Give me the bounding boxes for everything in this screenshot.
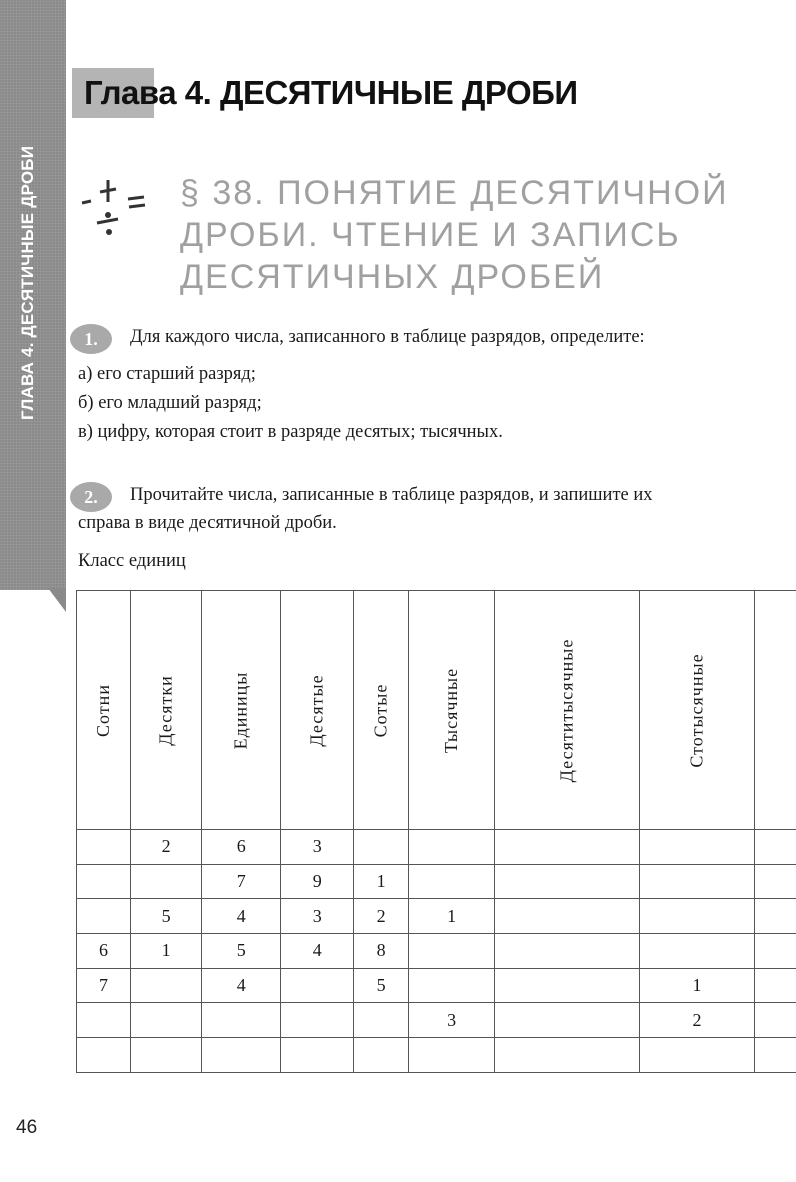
- table-row: 7451704,05001: [77, 968, 796, 1003]
- digit-cell: [409, 1038, 495, 1073]
- digit-cell: [354, 830, 409, 865]
- table-row: 26326,3: [77, 830, 796, 865]
- digit-cell: [409, 864, 495, 899]
- digit-cell: [77, 1003, 131, 1038]
- table-row: 80,000008: [77, 1038, 796, 1073]
- table-body: 26326,37917,915432154,32161548615,487451…: [77, 830, 796, 1073]
- table-row: 61548615,48: [77, 934, 796, 969]
- column-header-label: Тысячные: [441, 667, 462, 752]
- digit-cell: [755, 968, 796, 1003]
- digit-cell: 5: [202, 934, 281, 969]
- column-header-label: Сотни: [93, 684, 114, 737]
- chapter-side-strip: ГЛАВА 4. ДЕСЯТИЧНЫЕ ДРОБИ: [0, 0, 66, 590]
- digit-cell: [281, 1003, 354, 1038]
- digit-cell: [354, 1003, 409, 1038]
- exercise-1-text: Для каждого числа, записанного в таблице…: [130, 327, 645, 348]
- section-title: § 38. ПОНЯТИЕ ДЕСЯТИЧНОЙ ДРОБИ. ЧТЕНИЕ И…: [180, 172, 729, 298]
- digit-cell: [755, 830, 796, 865]
- column-header-label: Десятки: [156, 675, 177, 745]
- digit-cell: 1: [409, 899, 495, 934]
- column-header: Тысячные: [409, 591, 495, 830]
- digit-cell: [755, 934, 796, 969]
- digit-cell: [495, 934, 640, 969]
- digit-cell: 1: [130, 934, 201, 969]
- digit-cell: [755, 864, 796, 899]
- digit-cell: 6: [77, 934, 131, 969]
- section-title-line: ДРОБИ. ЧТЕНИЕ И ЗАПИСЬ: [180, 214, 729, 256]
- side-chapter-label: ГЛАВА 4. ДЕСЯТИЧНЫЕ ДРОБИ: [18, 146, 38, 420]
- table-row: 7917,91: [77, 864, 796, 899]
- digit-cell: 7: [202, 864, 281, 899]
- digit-cell: 3: [281, 830, 354, 865]
- exercise-1-item-b: б) его младший разряд;: [78, 393, 262, 414]
- column-header: Десятитысячные: [495, 591, 640, 830]
- digit-cell: [77, 1038, 131, 1073]
- column-header-label: Сотые: [371, 683, 392, 737]
- column-header: Сотни: [77, 591, 131, 830]
- digit-cell: [409, 968, 495, 1003]
- digit-cell: [639, 899, 754, 934]
- digit-cell: 2: [639, 1003, 754, 1038]
- digit-cell: [495, 864, 640, 899]
- digit-cell: [639, 934, 754, 969]
- digit-cell: [77, 899, 131, 934]
- digit-cell: [639, 1038, 754, 1073]
- column-header-label: Десятитысячные: [557, 638, 578, 782]
- exercise-badge-1: 1.: [70, 324, 112, 354]
- section-title-line: ДЕСЯТИЧНЫХ ДРОБЕЙ: [180, 256, 729, 298]
- exercise-2-text-line1: Прочитайте числа, записанные в таблице р…: [130, 485, 653, 506]
- exercise-1-item-a: а) его старший разряд;: [78, 364, 256, 385]
- exercise-1-item-c: в) цифру, которая стоит в разряде десяты…: [78, 422, 503, 443]
- digit-cell: 9: [281, 864, 354, 899]
- digit-cell: [202, 1003, 281, 1038]
- digit-cell: [495, 968, 640, 1003]
- digit-cell: 1: [639, 968, 754, 1003]
- digit-cell: [495, 830, 640, 865]
- digit-cell: [755, 1003, 796, 1038]
- digit-cell: 5: [130, 899, 201, 934]
- digit-cell: [409, 830, 495, 865]
- digit-cell: [755, 899, 796, 934]
- math-operations-icon: [78, 178, 158, 248]
- digit-cell: 2: [130, 830, 201, 865]
- digit-cell: [639, 864, 754, 899]
- digit-cell: [354, 1038, 409, 1073]
- digit-cell: 8: [755, 1038, 796, 1073]
- table-caption: Класс единиц: [78, 551, 186, 572]
- digit-cell: [130, 864, 201, 899]
- digit-cell: 4: [281, 934, 354, 969]
- exercise-badge-2: 2.: [70, 482, 112, 512]
- digit-cell: [281, 968, 354, 1003]
- page-number: 46: [16, 1117, 37, 1139]
- digit-cell: [77, 864, 131, 899]
- digit-cell: [202, 1038, 281, 1073]
- place-value-table: СотниДесяткиЕдиницыДесятыеСотыеТысячныеД…: [76, 590, 796, 1073]
- digit-cell: 2: [354, 899, 409, 934]
- digit-cell: 7: [77, 968, 131, 1003]
- digit-cell: [495, 899, 640, 934]
- table-header-row: СотниДесяткиЕдиницыДесятыеСотыеТысячныеД…: [77, 591, 796, 830]
- column-header: Десятые: [281, 591, 354, 830]
- column-header: Единицы: [202, 591, 281, 830]
- column-header: Сотые: [354, 591, 409, 830]
- column-header: Стотысячные: [639, 591, 754, 830]
- digit-cell: 8: [354, 934, 409, 969]
- digit-cell: 1: [354, 864, 409, 899]
- exercise-2-text-line2: справа в виде десятичной дроби.: [78, 513, 337, 534]
- digit-cell: [495, 1003, 640, 1038]
- table-row: 5432154,321: [77, 899, 796, 934]
- table-row: 320,00302: [77, 1003, 796, 1038]
- chapter-title: Глава 4. ДЕСЯТИЧНЫЕ ДРОБИ: [84, 74, 578, 112]
- digit-cell: [281, 1038, 354, 1073]
- column-header: Миллионные: [755, 591, 796, 830]
- digit-cell: 6: [202, 830, 281, 865]
- digit-cell: 3: [281, 899, 354, 934]
- digit-cell: 3: [409, 1003, 495, 1038]
- digit-cell: [77, 830, 131, 865]
- digit-cell: [130, 1038, 201, 1073]
- digit-cell: 4: [202, 899, 281, 934]
- digit-cell: 5: [354, 968, 409, 1003]
- column-header-label: Десятые: [307, 674, 328, 746]
- column-header-label: Единицы: [231, 671, 252, 749]
- digit-cell: [495, 1038, 640, 1073]
- digit-cell: 4: [202, 968, 281, 1003]
- digit-cell: [130, 1003, 201, 1038]
- digit-cell: [130, 968, 201, 1003]
- digit-cell: [409, 934, 495, 969]
- section-title-line: § 38. ПОНЯТИЕ ДЕСЯТИЧНОЙ: [180, 172, 729, 214]
- column-header-label: Стотысячные: [687, 653, 708, 767]
- column-header: Десятки: [130, 591, 201, 830]
- digit-cell: [639, 830, 754, 865]
